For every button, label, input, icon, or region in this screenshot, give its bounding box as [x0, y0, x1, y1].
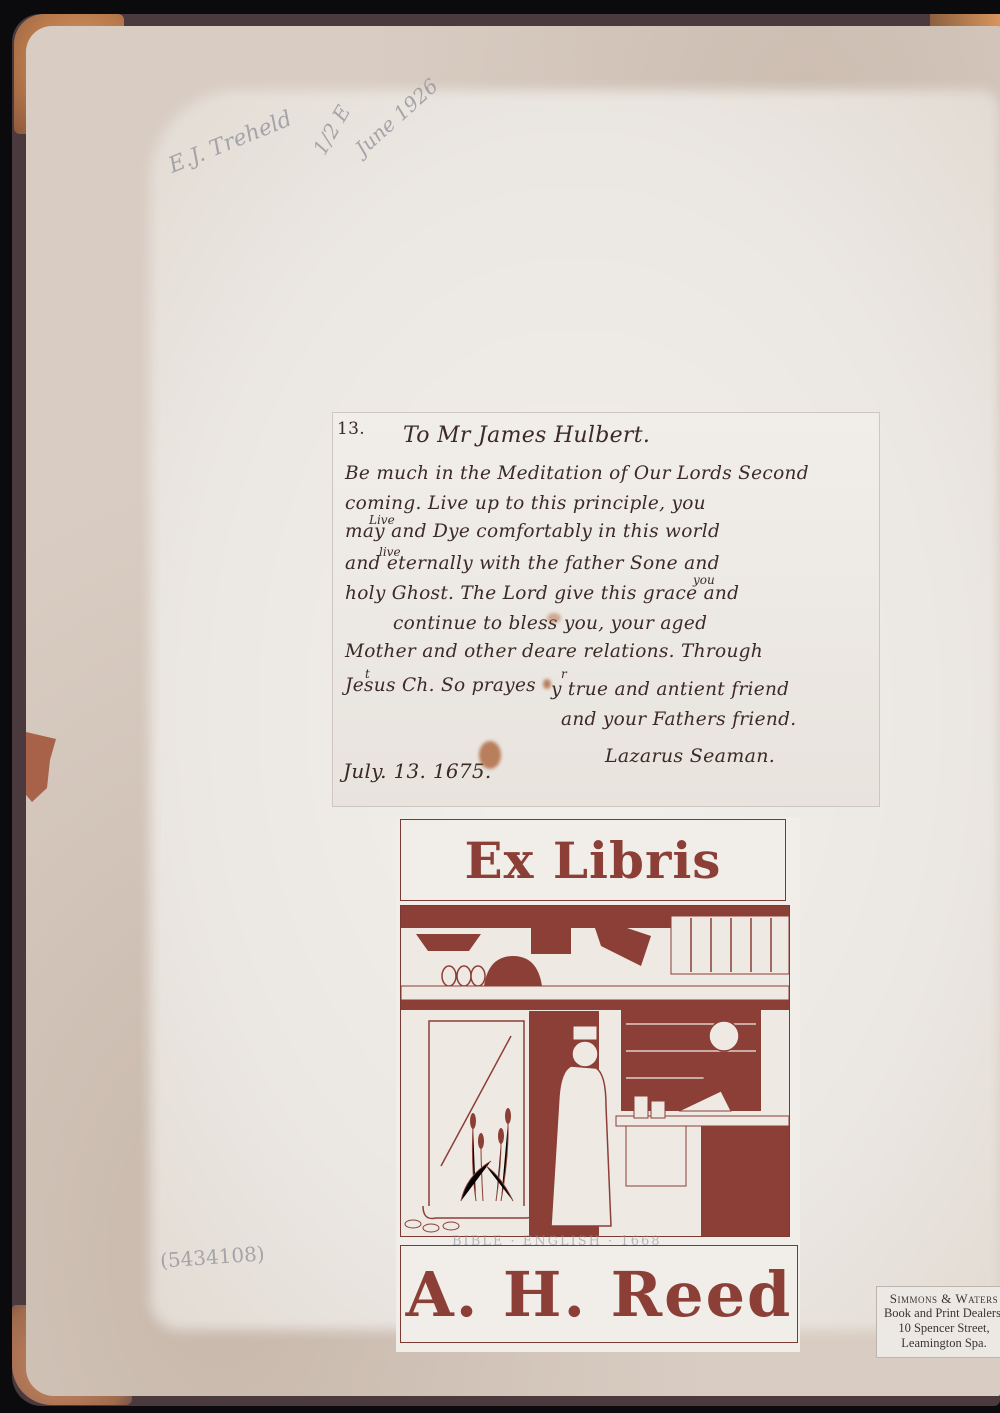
letter-signature: Lazarus Seaman. [605, 745, 775, 767]
bookshop-scene-icon [401, 906, 789, 1236]
bookplate-illustration-bookshop [400, 905, 790, 1237]
letter-line: Be much in the Meditation of Our Lords S… [345, 463, 809, 484]
letter-line: holy Ghost. The Lord give this grace and [345, 583, 739, 604]
ink-stain [543, 679, 551, 689]
letter-closing: and your Fathers friend. [561, 709, 796, 730]
ex-libris-bookplate: Ex Libris [396, 817, 800, 1352]
bookplate-owner-name: A. H. Reed [400, 1245, 798, 1343]
letter-line: Jesus Ch. So prayes [345, 675, 536, 696]
dealer-line: Book and Print Dealers, [883, 1306, 1000, 1321]
letter-line: coming. Live up to this principle, you [345, 493, 706, 514]
ink-stain [479, 741, 501, 769]
letter-number: 13. [337, 419, 365, 439]
bookseller-label: Simmons & Waters Book and Print Dealers,… [876, 1286, 1000, 1358]
letter-salutation: To Mr James Hulbert. [403, 423, 650, 448]
letter-closing: y true and antient friend [551, 679, 789, 700]
bookplate-title: Ex Libris [400, 819, 786, 901]
pencil-bible-note: BIBLE · ENGLISH · 1668 [452, 1234, 662, 1249]
handwritten-letter: 13. To Mr James Hulbert. Be much in the … [333, 413, 879, 806]
dealer-address: 10 Spencer Street, [883, 1321, 1000, 1336]
dealer-town: Leamington Spa. [883, 1336, 1000, 1351]
ink-stain [547, 613, 561, 623]
letter-line: may and Dye comfortably in this world [345, 521, 720, 542]
dealer-firm-name: Simmons & Waters [883, 1291, 1000, 1306]
letter-line: and eternally with the father Sone and [345, 553, 720, 574]
letter-date: July. 13. 1675. [343, 759, 492, 783]
letter-line: Mother and other deare relations. Throug… [345, 641, 763, 662]
